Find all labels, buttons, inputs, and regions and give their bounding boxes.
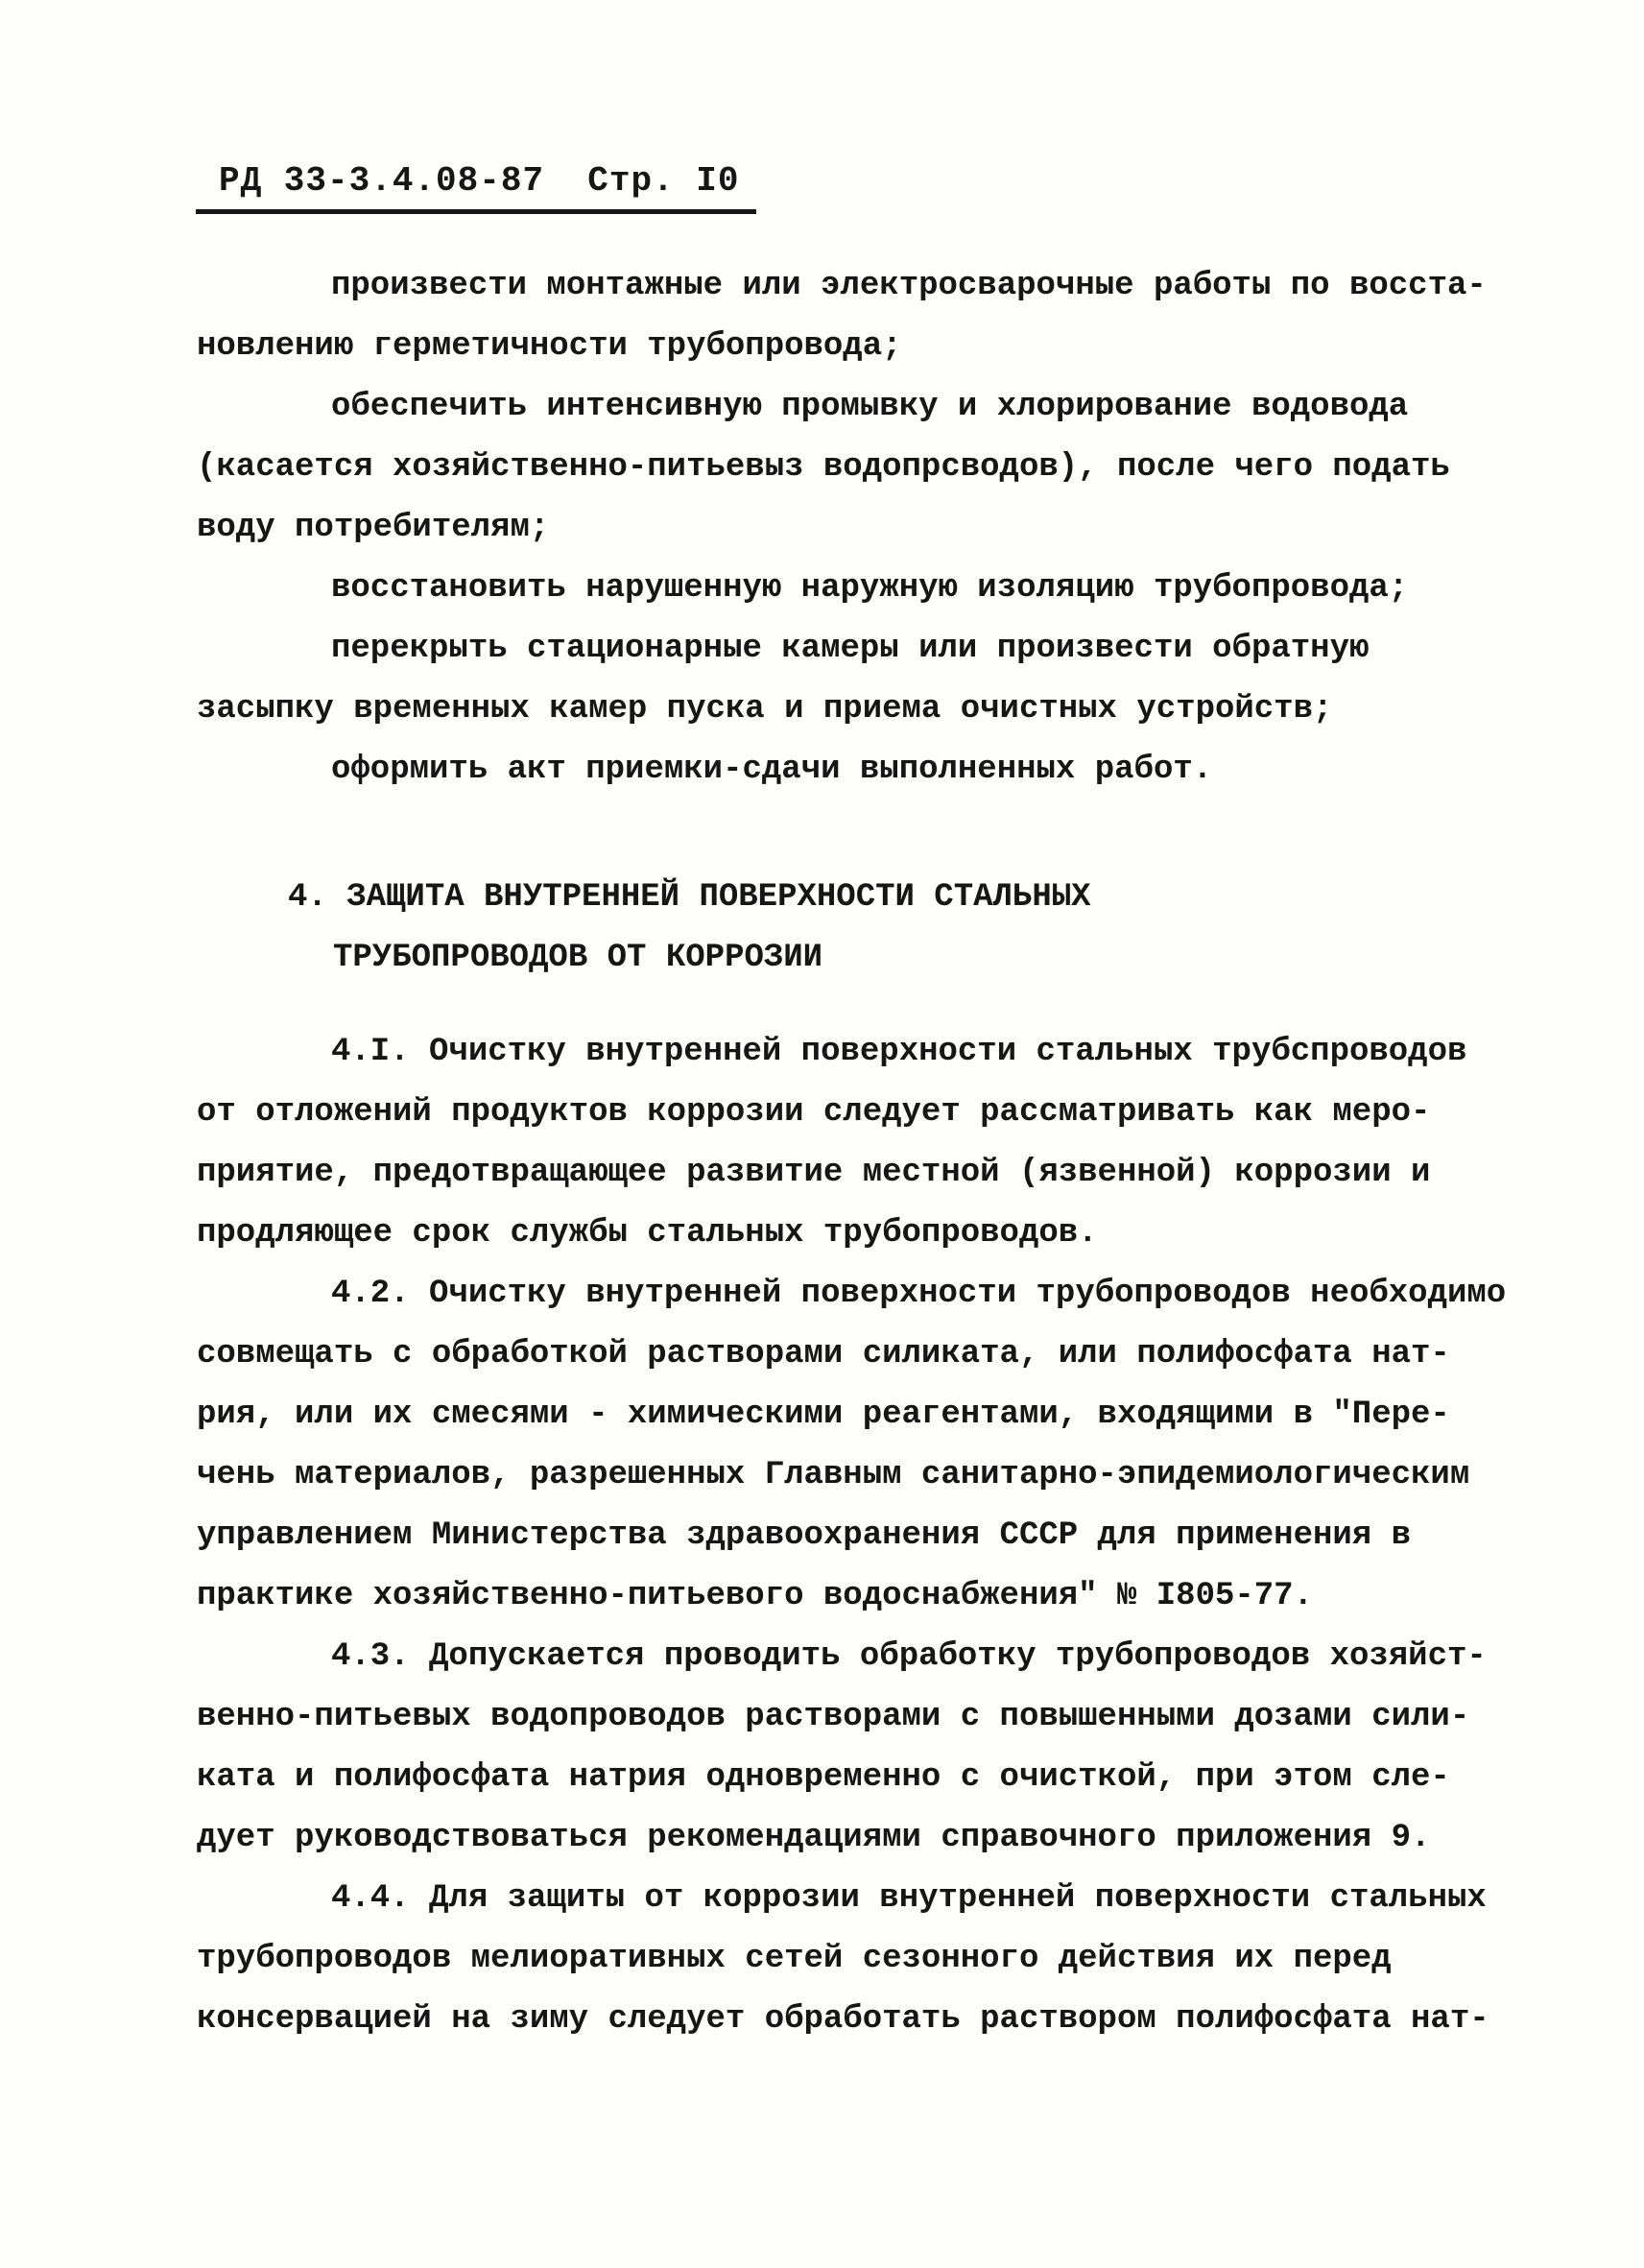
- text-line: 4.3. Допускается проводить обработку тру…: [197, 1627, 1540, 1687]
- paragraph: обеспечить интенсивную промывку и хлорир…: [197, 377, 1540, 559]
- text-line: (касается хозяйственно-питьевыз водопрсв…: [197, 438, 1540, 498]
- text-line: совмещать с обработкой растворами силика…: [197, 1325, 1540, 1385]
- section-heading: 4. ЗАЩИТА ВНУТРЕННЕЙ ПОВЕРХНОСТИ СТАЛЬНЫ…: [197, 868, 1540, 989]
- text-line: рия, или их смесями - химическими реаген…: [197, 1385, 1540, 1445]
- text-line: трубопроводов мелиоративных сетей сезонн…: [197, 1929, 1540, 1990]
- text-line: практике хозяйственно-питьевого водоснаб…: [197, 1566, 1540, 1627]
- paragraph: оформить акт приемки-сдачи выполненных р…: [197, 740, 1540, 800]
- heading-line: ТРУБОПРОВОДОВ ОТ КОРРОЗИИ: [197, 928, 1540, 989]
- text-line: чень материалов, разрешенных Главным сан…: [197, 1445, 1540, 1506]
- text-line: консервацией на зиму следует обработать …: [197, 1990, 1540, 2050]
- text-line: ката и полифосфата натрия одновременно с…: [197, 1748, 1540, 1808]
- text-line: продляющее срок службы стальных трубопро…: [197, 1204, 1540, 1264]
- text-line: оформить акт приемки-сдачи выполненных р…: [197, 740, 1540, 800]
- paragraph: восстановить нарушенную наружную изоляци…: [197, 559, 1540, 619]
- paragraph: 4.4. Для защиты от коррозии внутренней п…: [197, 1869, 1540, 2050]
- paragraph: произвести монтажные или электросварочны…: [197, 256, 1540, 377]
- text-line: произвести монтажные или электросварочны…: [197, 256, 1540, 317]
- paragraph: 4.3. Допускается проводить обработку тру…: [197, 1627, 1540, 1869]
- heading-line: 4. ЗАЩИТА ВНУТРЕННЕЙ ПОВЕРХНОСТИ СТАЛЬНЫ…: [197, 868, 1540, 928]
- text-line: от отложений продуктов коррозии следует …: [197, 1083, 1540, 1143]
- text-line: перекрыть стационарные камеры или произв…: [197, 619, 1540, 680]
- text-line: 4.I. Очистку внутренней поверхности стал…: [197, 1022, 1540, 1083]
- paragraph: 4.I. Очистку внутренней поверхности стал…: [197, 1022, 1540, 1264]
- paragraph: перекрыть стационарные камеры или произв…: [197, 619, 1540, 740]
- text-line: управлением Министерства здравоохранения…: [197, 1506, 1540, 1566]
- document-code-header: РД 33-3.4.08-87 Стр. I0: [196, 161, 756, 214]
- text-line: приятие, предотвращающее развитие местно…: [197, 1143, 1540, 1204]
- text-line: венно-питьевых водопроводов растворами с…: [197, 1687, 1540, 1748]
- text-line: засыпку временных камер пуска и приема о…: [197, 680, 1540, 740]
- text-line: 4.2. Очистку внутренней поверхности труб…: [197, 1264, 1540, 1325]
- text-line: дует руководствоваться рекомендациями сп…: [197, 1808, 1540, 1869]
- text-line: 4.4. Для защиты от коррозии внутренней п…: [197, 1869, 1540, 1929]
- text-line: воду потребителям;: [197, 498, 1540, 559]
- text-line: обеспечить интенсивную промывку и хлорир…: [197, 377, 1540, 438]
- text-line: новлению герметичности трубопровода;: [197, 317, 1540, 377]
- paragraph: 4.2. Очистку внутренней поверхности труб…: [197, 1264, 1540, 1627]
- text-line: восстановить нарушенную наружную изоляци…: [197, 559, 1540, 619]
- document-body: произвести монтажные или электросварочны…: [197, 256, 1540, 2050]
- scanned-document-page: РД 33-3.4.08-87 Стр. I0 произвести монта…: [0, 0, 1644, 2268]
